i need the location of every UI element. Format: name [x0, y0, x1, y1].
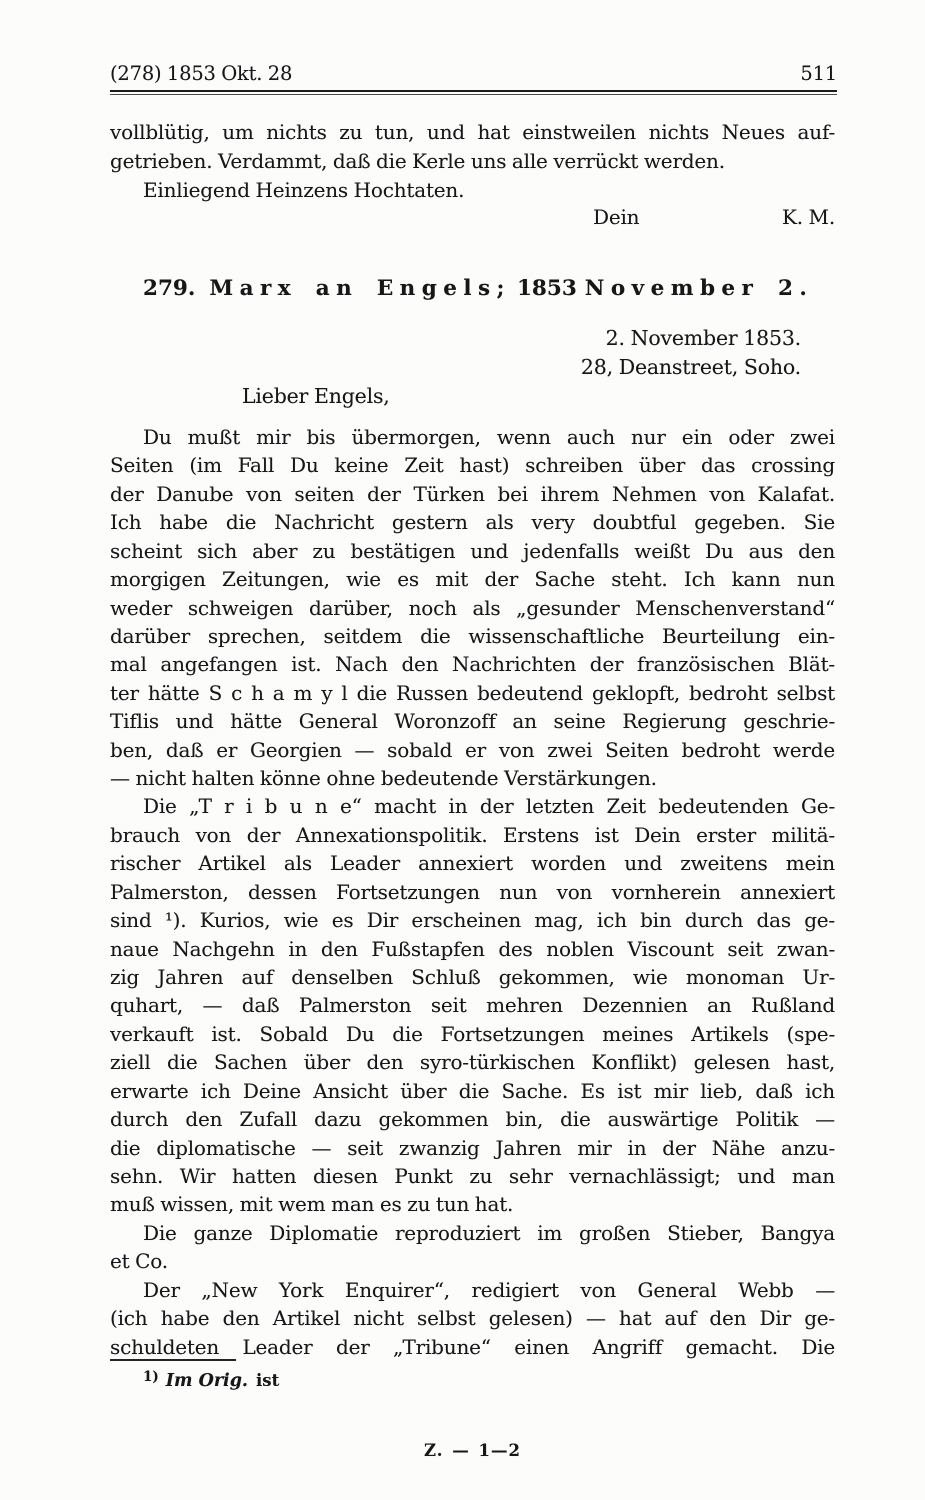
text-line: Du mußt mir bis übermorgen, wenn auch nu… — [110, 423, 835, 451]
text-line: 15weder schweigen darüber, noch als „ges… — [110, 594, 835, 622]
footnote: 1)Im Orig.ist — [143, 1371, 279, 1391]
letter-heading-year: 1853 — [517, 276, 577, 301]
header-letter-ref: (278) 1853 Okt. 28 — [110, 62, 292, 85]
footnote-marker: 1) — [143, 1369, 159, 1385]
footnote-roman-text: ist — [256, 1371, 279, 1390]
text-line: durch den Zufall dazu gekommen bin, die … — [110, 1105, 835, 1133]
text-line: rischer Artikel als Leader annexiert wor… — [110, 849, 835, 877]
text-line: Die „T r i b u n e“ macht in der letzten… — [110, 792, 835, 820]
running-header: (278) 1853 Okt. 28 511 — [110, 62, 837, 85]
text-line: ter hätte S c h a m y l die Russen bedeu… — [110, 679, 835, 707]
text-line: morgigen Zeitungen, wie es mit der Sache… — [110, 565, 835, 593]
text-line: scheint sich aber zu bestätigen und jede… — [110, 537, 835, 565]
letter-body: Du mußt mir bis übermorgen, wenn auch nu… — [110, 423, 835, 1361]
text-line: 20ben, daß er Georgien — sobald er von z… — [110, 736, 835, 764]
date-line: 2. November 1853. — [581, 324, 801, 353]
text-line: darüber sprechen, seitdem die wissenscha… — [110, 622, 835, 650]
book-page: (278) 1853 Okt. 28 511 vollblütig, um ni… — [0, 0, 925, 1500]
signoff-word: Dein — [593, 205, 639, 229]
letter-number: 279. — [143, 276, 195, 301]
text-line: — nicht halten könne ohne bedeutende Ver… — [110, 764, 835, 792]
text-line: ziell die Sachen über den syro-türkische… — [110, 1048, 835, 1076]
dateline-block: 2. November 1853. 28, Deanstreet, Soho. — [581, 324, 801, 383]
text-line: 25Palmerston, dessen Fortsetzungen nun v… — [110, 878, 835, 906]
text-line: getrieben. Verdammt, daß die Kerle uns a… — [110, 147, 835, 176]
text-line: brauch von der Annexationspolitik. Erste… — [110, 821, 835, 849]
text-line: 35sehn. Wir hatten diesen Punkt zu sehr … — [110, 1162, 835, 1190]
text-line: et Co. — [110, 1247, 835, 1275]
text-line: die diplomatische — seit zwanzig Jahren … — [110, 1134, 835, 1162]
salutation: Lieber Engels, — [242, 384, 390, 408]
text-line: der Danube von seiten der Türken bei ihr… — [110, 480, 835, 508]
text-line: 30verkauft ist. Sobald Du die Fortsetzun… — [110, 1020, 835, 1048]
text-line: schuldeten Leader der „Tribune“ einen An… — [110, 1333, 835, 1361]
text-line: quhart, — daß Palmerston seit mehren Dez… — [110, 991, 835, 1019]
footnote-italic-text: Im Orig. — [166, 1371, 248, 1391]
footnote-rule — [110, 1359, 236, 1361]
text-line: sind ¹). Kurios, wie es Dir erscheinen m… — [110, 906, 835, 934]
letter-heading-name: Marx an Engels; — [209, 276, 511, 301]
text-line: Tiflis und hätte General Woronzoff an se… — [110, 707, 835, 735]
signature-line: Dein K. M. — [110, 205, 835, 234]
text-line: erwarte ich Deine Ansicht über die Sache… — [110, 1077, 835, 1105]
header-rule — [110, 90, 837, 95]
previous-letter-closing: vollblütig, um nichts zu tun, und hat ei… — [110, 118, 835, 206]
text-line: mal angefangen ist. Nach den Nachrichten… — [110, 650, 835, 678]
text-line: Einliegend Heinzens Hochtaten. — [110, 176, 835, 205]
letter-heading: 279.Marx an Engels;1853November 2. — [143, 276, 813, 301]
text-line: Der „New York Enquirer“, redigiert von G… — [110, 1276, 835, 1304]
signoff-initials: K. M. — [782, 205, 835, 229]
text-line: muß wissen, mit wem man es zu tun hat. — [110, 1190, 835, 1218]
text-line: vollblütig, um nichts zu tun, und hat ei… — [110, 118, 835, 147]
text-line: naue Nachgehn in den Fußstapfen des nobl… — [110, 935, 835, 963]
letter-heading-date: November 2. — [585, 276, 814, 301]
text-line: 40(ich habe den Artikel nicht selbst gel… — [110, 1304, 835, 1332]
text-line: 10Seiten (im Fall Du keine Zeit hast) sc… — [110, 451, 835, 479]
text-line: Die ganze Diplomatie reproduziert im gro… — [110, 1219, 835, 1247]
text-line: Ich habe die Nachricht gestern als very … — [110, 508, 835, 536]
address-line: 28, Deanstreet, Soho. — [581, 353, 801, 382]
text-line: zig Jahren auf denselben Schluß gekommen… — [110, 963, 835, 991]
page-number: 511 — [800, 62, 837, 85]
signature-mark: Z. — 1—2 — [110, 1441, 835, 1460]
